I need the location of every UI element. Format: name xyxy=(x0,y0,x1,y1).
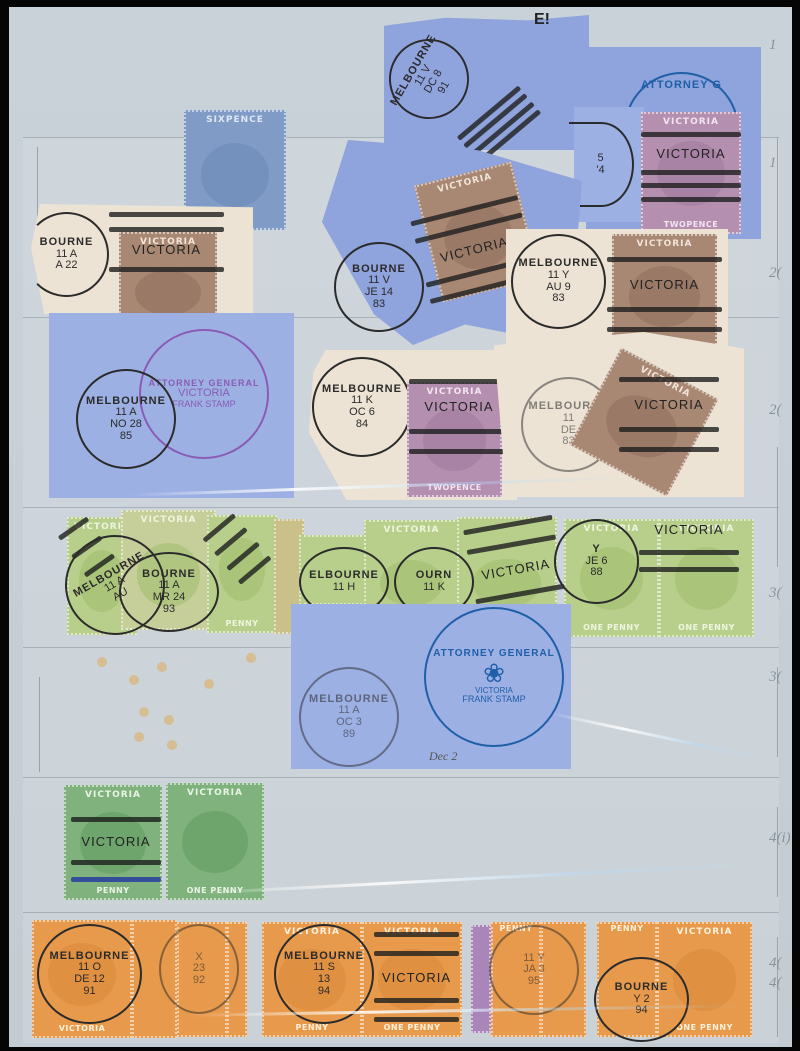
postmark: BOURNE11 AMR 2493 xyxy=(119,552,219,632)
postmark: MELBOURNE11 YAU 983 xyxy=(511,234,606,329)
obliterator: VICTORIA xyxy=(463,515,565,604)
foxing-spot xyxy=(139,707,149,717)
row-mark: 4( xyxy=(769,975,782,992)
postmark: BOURNEY 294 xyxy=(594,957,689,1042)
postmark: BOURNE11 VJE 1483 xyxy=(334,242,424,332)
row-mark: 2( xyxy=(769,402,782,419)
foxing-spot xyxy=(134,732,144,742)
row-mark: 4( xyxy=(769,955,782,972)
pencil-mark: E! xyxy=(534,11,550,29)
postmark: MELBOURNE11 ODE 1291 xyxy=(37,924,142,1024)
postmark: BOURNE11 AA 22 xyxy=(24,212,109,297)
pencil-note: Dec 2 xyxy=(429,749,457,764)
postmark: MELBOURNE11 S1394 xyxy=(274,924,374,1024)
coat-of-arms-icon: ❀ xyxy=(483,660,505,687)
foxing-spot xyxy=(129,675,139,685)
obliterator: VICTORIA xyxy=(639,522,739,572)
foxing-spot xyxy=(97,657,107,667)
divider xyxy=(777,807,778,897)
obliterator: VICTORIA xyxy=(619,377,719,452)
stock-page: 1 1 2( 2( 3( 3( 4(i) 4( 4( E! MELBOURNE1… xyxy=(9,7,792,1047)
postmark: MELBOURNE11 AOC 389 xyxy=(299,667,399,767)
foxing-spot xyxy=(167,740,177,750)
divider xyxy=(39,677,40,772)
foxing-spot xyxy=(204,679,214,689)
divider xyxy=(777,447,778,567)
row-mark: 3( xyxy=(769,585,782,602)
stamp-halfpenny-purple xyxy=(471,925,491,1033)
obliterator: VICTORIA xyxy=(71,817,161,882)
postmark: MELBOURNE11 KOC 684 xyxy=(312,357,412,457)
postmark: 11 YJA 395 xyxy=(489,925,579,1015)
stamp-one-penny-green: VICTORIAONE PENNY xyxy=(166,783,264,900)
foxing-spot xyxy=(246,653,256,663)
obliterator: VICTORIA xyxy=(641,132,741,202)
obliterator: VICTORIA xyxy=(409,379,509,454)
postmark: YJE 688 xyxy=(554,519,639,604)
row-mark: 2( xyxy=(769,265,782,282)
row-mark: 3( xyxy=(769,669,782,686)
row-mark: 1 xyxy=(769,37,777,54)
frank-stamp: ATTORNEY GENERAL ❀ VICTORIA FRANK STAMP xyxy=(424,607,564,747)
foxing-spot xyxy=(164,715,174,725)
row-mark: 1 xyxy=(769,155,777,172)
row-mark: 4(i) xyxy=(769,830,791,847)
postmark: X2392 xyxy=(159,924,239,1014)
postmark: MELBOURNE11 ANO 2885 xyxy=(76,369,176,469)
divider xyxy=(777,137,778,277)
obliterator: VICTORIA xyxy=(109,212,224,272)
foxing-spot xyxy=(157,662,167,672)
obliterator: VICTORIA xyxy=(607,257,722,332)
